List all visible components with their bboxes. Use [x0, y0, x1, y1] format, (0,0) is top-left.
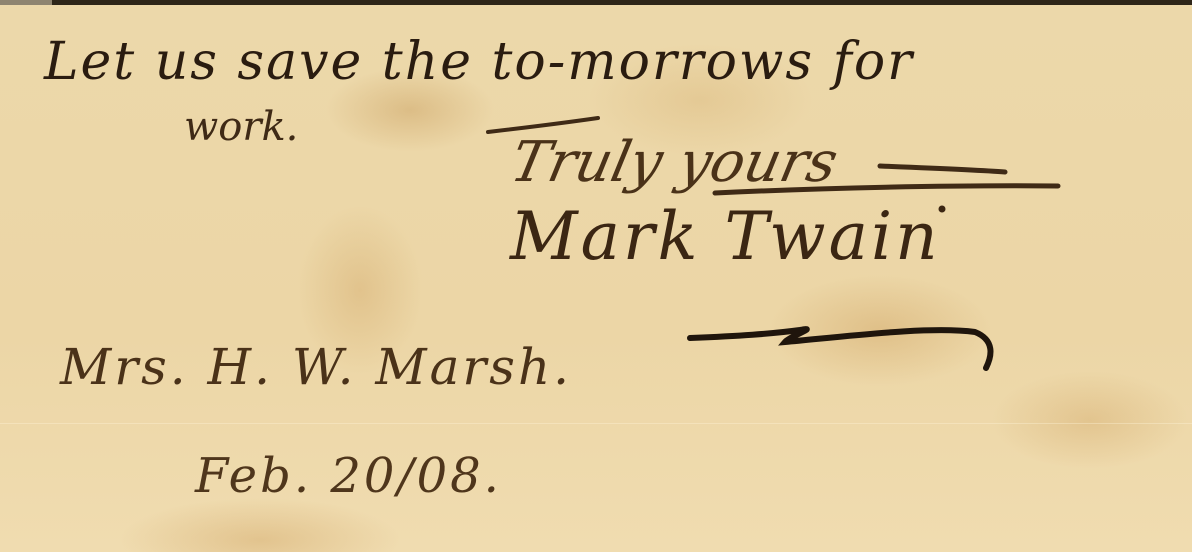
- aged-paper-card: Let us save the to-morrows for work. Tru…: [0, 0, 1192, 552]
- signature-flourish-strokes: [0, 0, 1192, 552]
